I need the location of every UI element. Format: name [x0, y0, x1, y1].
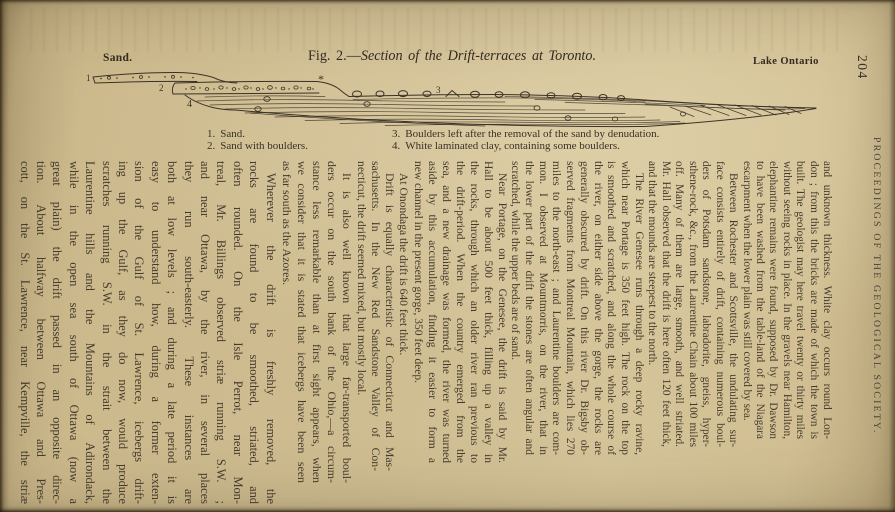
body-line: Between Rochester and Scottsville, the u…	[726, 161, 740, 447]
body-line: At Onondaga the drift is 640 feet thick.	[396, 161, 410, 467]
body-line: which near Portage is 350 feet high. The…	[617, 161, 631, 455]
body-line: generally obscured by drift. On this riv…	[576, 161, 590, 455]
body-line: the lower part of the drift the stones a…	[521, 161, 535, 455]
body-line: we consider that it is stated that icebe…	[294, 161, 309, 483]
body-line: and unknown thickness. White clay occurs…	[820, 161, 833, 439]
body-line: both at low levels ; and during a late p…	[164, 161, 180, 504]
body-line: Mr. Hall observed that the drift is here…	[658, 161, 672, 447]
legend-item: 4.White laminated clay, containing some …	[392, 140, 620, 152]
body-line: they run south-easterly. These instances…	[180, 161, 196, 504]
body-line: served fragments from Montreal Mountain,…	[562, 161, 576, 455]
body-line: scratched, while the upper beds are of s…	[508, 161, 522, 455]
body-line: great plain) the drift passed in an oppo…	[49, 161, 65, 504]
body-line: Near Portage, on the Genesee, the drift …	[494, 161, 508, 463]
drift-section-drawing: 1 2 3 4 *	[85, 62, 830, 134]
legend-item-number: 1.	[207, 128, 215, 140]
page-number: 204	[854, 55, 870, 80]
body-line: Laurentine hills and the Mountains of Ad…	[82, 161, 98, 504]
body-paragraph: and unknown thickness. White clay occurs…	[739, 161, 833, 439]
body-line: It is also well known that large far-tra…	[339, 161, 354, 483]
body-line: ders of Potsdam sandstone, labradorite, …	[699, 161, 713, 447]
scan-edge-bottom	[0, 506, 895, 512]
ink-bleedthrough-texture	[30, 8, 847, 52]
body-line: sthene-rock, &c., from the Laurentine Ch…	[685, 161, 699, 447]
legend-item-number: 4.	[392, 140, 400, 152]
body-line: new channel in the present gorge, 350 fe…	[410, 161, 424, 463]
body-line: don ; from this the bricks are made of w…	[806, 161, 819, 439]
body-line: while in the open sea south of Ottawa (n…	[65, 161, 81, 504]
legend-item-number: 3.	[392, 128, 400, 140]
legend-item-text: White laminated clay, containing some bo…	[405, 140, 620, 152]
body-line: Drift is equally characteristic of Conne…	[382, 161, 396, 471]
body-line: aside by this accumulation, finding it e…	[424, 161, 438, 463]
body-line: scratches running S.W. in the strait bet…	[98, 161, 114, 504]
body-line: The River Genesee runs through a deep ro…	[631, 161, 645, 455]
layer-mark-2: 2	[159, 83, 164, 93]
body-line: the drift-period. When the country emerg…	[452, 161, 466, 463]
body-line: ing up the Gulf, as they do now, would p…	[115, 161, 131, 504]
body-line: as far south as the Azores.	[279, 161, 294, 483]
body-line: easy to understand how, during a former …	[147, 161, 163, 504]
body-line: Hall to be about 500 feet thick, filling…	[480, 161, 494, 463]
body-paragraph: Near Portage, on the Genesee, the drift …	[410, 161, 507, 463]
scan-edge-left	[0, 0, 9, 512]
legend-item: 2.Sand with boulders.	[207, 140, 308, 152]
asterisk-mark: *	[318, 72, 324, 86]
running-header: PROCEEDINGS OF THE GEOLOGICAL SOCIETY.	[871, 137, 882, 435]
body-line: often rounded. On the Isle Perrot, near …	[229, 161, 245, 504]
body-text-rotated: and unknown thickness. White clay occurs…	[16, 161, 833, 504]
body-line: sachusetts. In the New Red Sandstone Val…	[368, 161, 382, 471]
body-line: the rocks, through which an older river …	[466, 161, 480, 463]
body-line: sion of the Gulf of St. Lawrence, iceber…	[131, 161, 147, 504]
body-paragraph: Wherever the drift is freshly removed, t…	[16, 161, 279, 504]
body-line: tion. About halfway between Ottawa and P…	[33, 161, 49, 504]
legend-item-text: Sand.	[220, 128, 245, 140]
book-page-scan: Sand. Fig. 2.—Section of the Drift-terra…	[0, 0, 895, 512]
body-line: miles to the north-east ; and Laurentine…	[549, 161, 563, 455]
body-line: necticut, the drift seemed mixed, but mo…	[354, 161, 368, 471]
body-line: rocks are found to be smoothed, striated…	[246, 161, 262, 504]
body-paragraph: The River Genesee runs through a deep ro…	[508, 161, 645, 455]
body-paragraph: It is also well known that large far-tra…	[279, 161, 354, 483]
body-paragraph: Between Rochester and Scottsville, the u…	[645, 161, 740, 447]
body-line: the river, on either side above the gorg…	[590, 161, 604, 455]
body-line: to have been washed from the table-land …	[753, 161, 766, 439]
legend-item: 3.Boulders left after the removal of the…	[392, 128, 659, 140]
legend-item-text: Boulders left after the removal of the s…	[405, 128, 659, 140]
legend-item-text: Sand with boulders.	[220, 140, 308, 152]
body-line: and near Ottawa, by the river, in severa…	[197, 161, 213, 504]
body-paragraph: Drift is equally characteristic of Conne…	[354, 161, 397, 471]
body-line: off. Many of them are large, smooth, and…	[672, 161, 686, 447]
body-line: elephantine remains were found, supposed…	[766, 161, 779, 439]
layer-mark-4: 4	[187, 99, 192, 110]
legend-item-number: 2.	[207, 140, 215, 152]
body-line: treal, Mr. Billings observed striæ runni…	[213, 161, 229, 504]
body-line: ders occur on the south bank of the Ohio…	[324, 161, 339, 483]
body-line: face consists entirely of drift, contain…	[712, 161, 726, 447]
scan-edge-top	[0, 0, 895, 5]
body-line: Wherever the drift is freshly removed, t…	[262, 161, 278, 504]
body-line: is smoothed and scratched, and along the…	[604, 161, 618, 455]
layer-mark-1: 1	[86, 73, 91, 83]
legend-item: 1.Sand.	[207, 128, 245, 140]
body-line: sea, and a new drainage was formed, the …	[438, 161, 452, 463]
body-line: without seeing rocks in place. In the gr…	[779, 161, 792, 439]
body-line: cott, on the St. Lawrence, near Kempvill…	[16, 161, 32, 504]
body-line: escarpment when the lower plain was stil…	[739, 161, 752, 439]
body-line: mon. I observed at Mountmorris, on the r…	[535, 161, 549, 455]
body-line: built. The geologist may here travel twe…	[793, 161, 806, 439]
body-paragraph: At Onondaga the drift is 640 feet thick.	[396, 161, 410, 467]
layer-mark-3: 3	[436, 85, 441, 95]
body-line: stance less remarkable than at first sig…	[309, 161, 324, 483]
body-line: and that the mounds are steepest to the …	[645, 161, 659, 447]
scan-edge-right	[889, 0, 895, 512]
